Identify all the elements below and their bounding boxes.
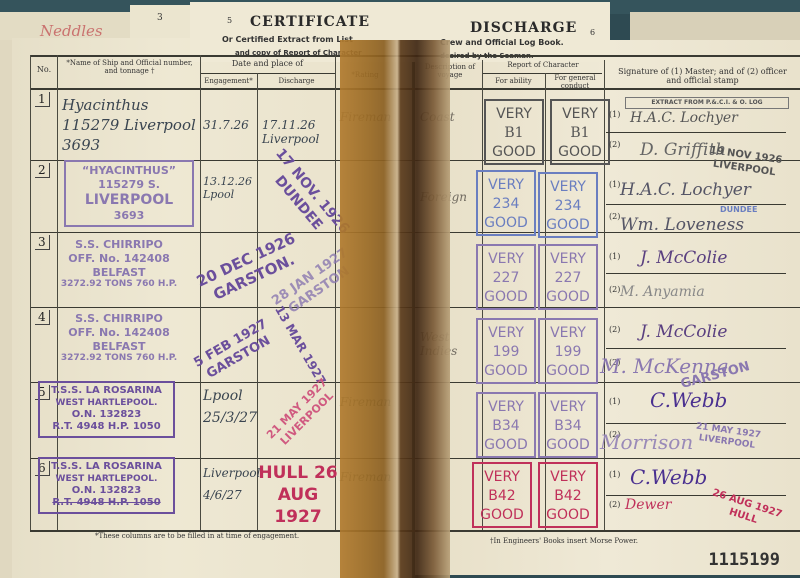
subtitle: Crew and Official Log Book. — [440, 38, 564, 47]
col-header-no: No. — [33, 66, 55, 75]
signature: M. Anyamia — [620, 284, 705, 300]
sig-label: (1) — [609, 180, 620, 189]
footnote-right: †In Engineers' Books insert Morse Power. — [490, 537, 638, 545]
rule — [606, 348, 786, 349]
sig-label: (1) — [609, 252, 620, 261]
sig-label: (2) — [609, 500, 620, 509]
sig-label: (2) — [609, 285, 620, 294]
ability-stamp: VERYB1GOOD — [484, 99, 544, 165]
col-header-conduct: For general conduct — [546, 75, 604, 90]
sig-label: (1) — [609, 397, 620, 406]
conduct-stamp: VERY227GOOD — [538, 244, 598, 310]
footnote-left: *These columns are to be filled in at ti… — [95, 532, 299, 540]
ability-stamp: VERY234GOOD — [476, 170, 536, 236]
conduct-stamp: VERYB1GOOD — [550, 99, 610, 165]
row-number: 1 — [35, 92, 50, 107]
signature: H.A.C. Lochyer — [630, 110, 738, 126]
sig-label: (1) — [609, 110, 620, 119]
page-number: 5 — [227, 16, 232, 25]
ship-handwritten: Hyacinthus 115279 Liverpool 3693 — [62, 95, 197, 155]
sig-label: (2) — [609, 212, 620, 221]
signature-stamp: EXTRACT FROM P.&.C.I. & O. LOG — [625, 97, 789, 109]
rule — [606, 273, 786, 274]
discharge-date: 17.11.26 Liverpool — [262, 118, 334, 146]
engagement-date: 13.12.26 Lpool — [203, 175, 258, 201]
ship-stamp: T.S.S. LA ROSARINA WEST HARTLEPOOL. O.N.… — [38, 457, 175, 514]
signature-stamp: DUNDEE — [720, 205, 757, 215]
col-divider — [335, 55, 336, 530]
col-header-ship: *Name of Ship and Official number, and t… — [62, 60, 197, 75]
col-header-discharge: Discharge — [258, 78, 335, 86]
signature: Dewer — [625, 497, 671, 513]
conduct-stamp: VERY199GOOD — [538, 318, 598, 384]
engagement-date: Liverpool 4/6/27 — [203, 462, 258, 506]
rule — [606, 204, 786, 205]
rule — [606, 495, 786, 496]
signature: J. McColie — [640, 322, 727, 342]
conduct-stamp: VERYB42GOOD — [538, 462, 598, 528]
ability-stamp: VERYB42GOOD — [472, 462, 532, 528]
rule — [200, 73, 335, 74]
sig-label: (2) — [609, 325, 620, 334]
signature: Morrison — [600, 430, 693, 454]
conduct-stamp: VERY234GOOD — [538, 172, 598, 238]
col-header-report: Report of Character — [482, 62, 604, 70]
col-header-ability: For ability — [482, 78, 545, 86]
col-header-date-place: Date and place of — [200, 60, 335, 69]
signature: Wm. Loveness — [620, 215, 744, 235]
serial-number: 1115199 — [708, 550, 780, 570]
col-divider — [30, 55, 31, 530]
ability-stamp: VERY227GOOD — [476, 244, 536, 310]
signature: H.A.C. Lochyer — [620, 180, 751, 200]
signature: J. McColie — [640, 248, 727, 268]
conduct-stamp: VERYB34GOOD — [538, 392, 598, 458]
signature: C.Webb — [650, 388, 727, 412]
rule — [606, 132, 786, 133]
page-number: 6 — [590, 28, 595, 37]
col-header-engagement: Engagement* — [200, 78, 257, 86]
discharge-stamp: HULL 26 AUG 1927 — [258, 462, 338, 528]
book-spine-tape — [340, 40, 450, 578]
title-left: CERTIFICATE — [250, 14, 370, 30]
ship-stamp: “HYACINTHUS” 115279 S. LIVERPOOL 3693 — [64, 160, 194, 227]
signature: C.Webb — [630, 465, 707, 489]
title-right: DISCHARGE — [470, 20, 577, 36]
subtitle: Or Certified Extract from List — [222, 35, 353, 44]
ability-stamp: VERYB34GOOD — [476, 392, 536, 458]
row-number: 2 — [35, 163, 50, 178]
ship-stamp: S.S. CHIRRIPO OFF. No. 142408 BELFAST 32… — [40, 312, 198, 365]
engagement-date: Lpool 25/3/27 — [203, 385, 258, 429]
ability-stamp: VERY199GOOD — [476, 318, 536, 384]
page-number: 3 — [157, 13, 163, 23]
ship-stamp: T.S.S. LA ROSARINA WEST HARTLEPOOL. O.N.… — [38, 381, 175, 438]
sig-label: (2) — [609, 140, 620, 149]
engagement-date: 31.7.26 — [203, 118, 249, 132]
sig-label: (1) — [609, 470, 620, 479]
col-header-signature: Signature of (1) Master; and of (2) offi… — [610, 68, 795, 86]
